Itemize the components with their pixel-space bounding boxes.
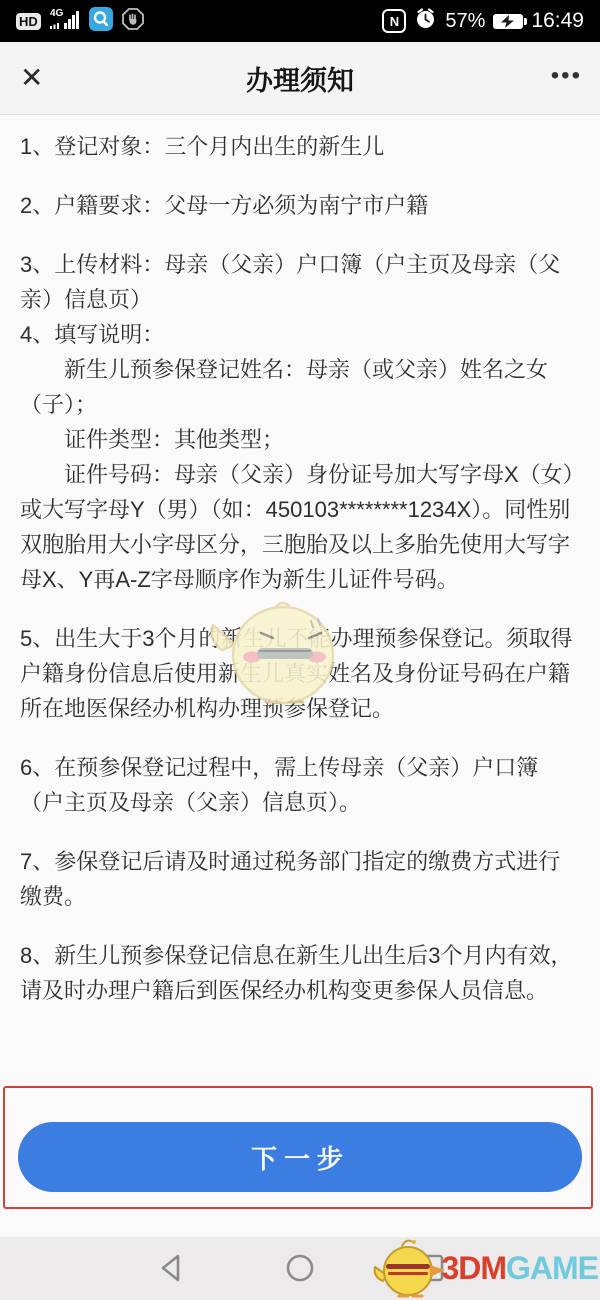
page-title: 办理须知	[0, 42, 600, 115]
status-bar: HD 4G	[0, 0, 600, 42]
signal-strength-icon: 4G	[49, 6, 81, 37]
search-app-icon	[89, 7, 113, 36]
status-left-group: HD 4G	[16, 6, 145, 37]
notice-item: 2、户籍要求：父母一方必须为南宁市户籍	[20, 188, 580, 223]
notice-item: 4、填写说明：	[20, 317, 580, 352]
nfc-icon: N	[382, 9, 406, 33]
back-icon[interactable]	[154, 1250, 190, 1286]
notice-item: 7、参保登记后请及时通过税务部门指定的缴费方式进行缴费。	[20, 844, 580, 914]
app-screen: HD 4G	[0, 0, 600, 1300]
notice-item: 8、新生儿预参保登记信息在新生儿出生后3个月内有效，请及时办理户籍后到医保经办机…	[20, 938, 580, 1008]
notice-item: 6、在预参保登记过程中，需上传母亲（父亲）户口簿（户主页及母亲（父亲）信息页）。	[20, 750, 580, 820]
home-icon[interactable]	[282, 1250, 318, 1286]
battery-charging-icon	[493, 14, 523, 29]
notice-item: 证件类型：其他类型；	[20, 422, 580, 457]
do-not-disturb-hand-icon	[121, 7, 145, 36]
notice-item: 1、登记对象：三个月内出生的新生儿	[20, 129, 580, 164]
brand-watermark: 3DMGAME	[371, 1236, 598, 1300]
clock-label: 16:49	[531, 9, 584, 33]
brand-logo-text: 3DMGAME	[441, 1252, 598, 1284]
more-menu-button[interactable]: •••	[551, 56, 582, 96]
notice-item: 5、出生大于3个月的新生儿不能办理预参保登记。须取得户籍身份信息后使用新生儿真实…	[20, 621, 580, 726]
battery-percent-label: 57%	[445, 10, 485, 33]
notice-item: 新生儿预参保登记姓名：母亲（或父亲）姓名之女（子）；	[20, 352, 580, 422]
title-bar: ✕ 办理须知 •••	[0, 42, 600, 115]
alarm-icon	[414, 7, 437, 35]
notice-content: 1、登记对象：三个月内出生的新生儿 2、户籍要求：父母一方必须为南宁市户籍 3、…	[0, 116, 600, 1084]
notice-item: 3、上传材料：母亲（父亲）户口簿（户主页及母亲（父亲）信息页）	[20, 247, 580, 317]
brand-chick-icon	[371, 1237, 447, 1299]
svg-text:4G: 4G	[50, 8, 64, 19]
brand-game-label: GAME	[506, 1250, 598, 1286]
status-right-group: N 57% 16:49	[382, 7, 584, 35]
next-step-button[interactable]: 下一步	[18, 1122, 582, 1192]
brand-3dm-label: 3DM	[441, 1250, 506, 1286]
hd-icon: HD	[16, 13, 41, 30]
notice-item: 证件号码：母亲（父亲）身份证号加大写字母X（女）或大写字母Y（男）（如：4501…	[20, 457, 580, 597]
